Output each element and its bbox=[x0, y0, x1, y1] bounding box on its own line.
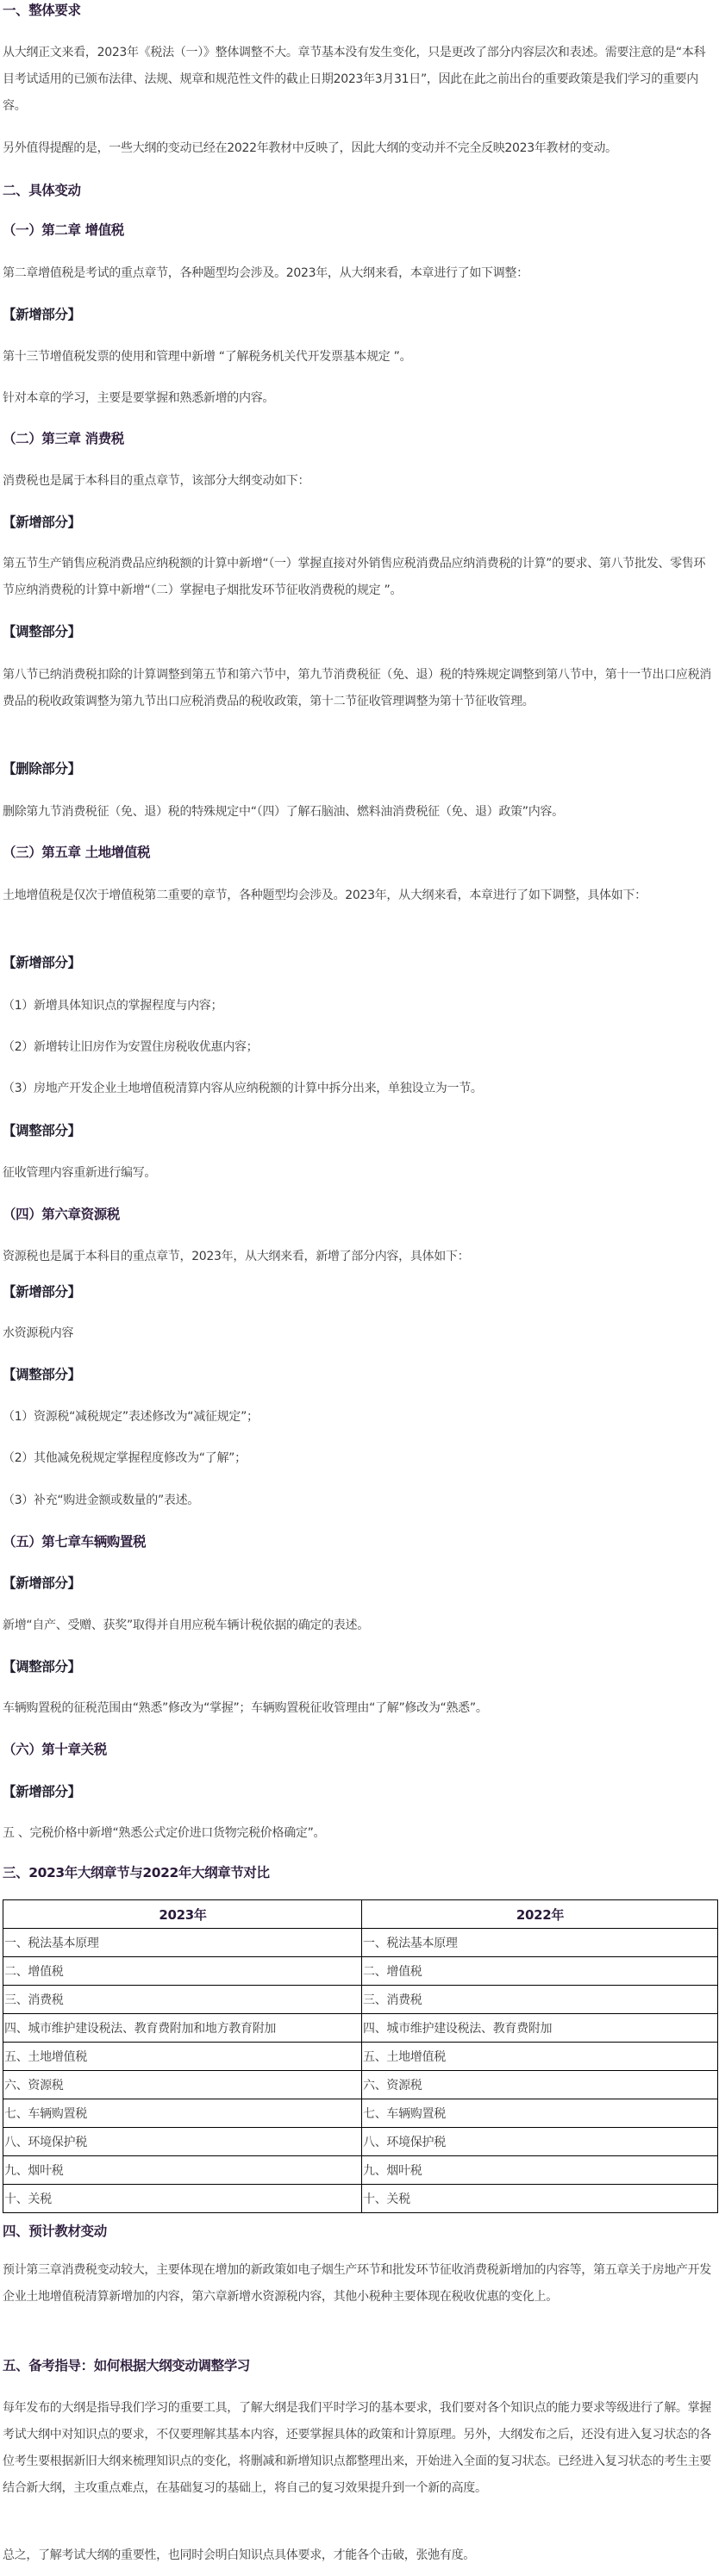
table-header-row: 2023年 2022年 bbox=[3, 1900, 718, 1929]
table-cell: 一、税法基本原理 bbox=[362, 1929, 718, 1957]
table-cell: 十、关税 bbox=[362, 2185, 718, 2213]
table-cell: 二、增值税 bbox=[362, 1957, 718, 1986]
table-cell: 八、环境保护税 bbox=[3, 2128, 362, 2156]
table-cell: 五、土地增值税 bbox=[362, 2043, 718, 2071]
table-row: 六、资源税 六、资源税 bbox=[3, 2071, 718, 2099]
table-cell: 八、环境保护税 bbox=[362, 2128, 718, 2156]
tag-adjusted: 【调整部分】 bbox=[3, 1118, 716, 1145]
table-row: 一、税法基本原理 一、税法基本原理 bbox=[3, 1929, 718, 1957]
chapter-title-resource-tax: （四）第六章资源税 bbox=[3, 1201, 716, 1228]
paragraph-consumption-adjusted: 第八节已纳消费税扣除的计算调整到第五节和第六节中，第九节消费税征（免、退）税的特… bbox=[3, 662, 716, 715]
list-item: （1）资源税“减税规定”表述修改为“减征规定”； bbox=[3, 1404, 716, 1431]
table-cell: 四、城市维护建设税法、教育费附加和地方教育附加 bbox=[3, 2014, 362, 2043]
paragraph-resource-added: 水资源税内容 bbox=[3, 1320, 716, 1347]
table-cell: 三、消费税 bbox=[3, 1986, 362, 2014]
table-row: 二、增值税 二、增值税 bbox=[3, 1957, 718, 1986]
paragraph-vat-note: 针对本章的学习，主要是要掌握和熟悉新增的内容。 bbox=[3, 385, 716, 412]
table-cell: 五、土地增值税 bbox=[3, 2043, 362, 2071]
table-cell: 九、烟叶税 bbox=[362, 2156, 718, 2185]
tag-added: 【新增部分】 bbox=[3, 1279, 716, 1306]
paragraph-study-guidance: 每年发布的大纲是指导我们学习的重要工具，了解大纲是我们平时学习的基本要求，我们要… bbox=[3, 2395, 716, 2502]
tag-added: 【新增部分】 bbox=[3, 1779, 716, 1806]
table-cell: 三、消费税 bbox=[362, 1986, 718, 2014]
table-row: 四、城市维护建设税法、教育费附加和地方教育附加 四、城市维护建设税法、教育费附加 bbox=[3, 2014, 718, 2043]
chapter-title-vat: （一）第二章 增值税 bbox=[3, 217, 716, 244]
table-cell: 七、车辆购置税 bbox=[362, 2099, 718, 2128]
table-cell: 四、城市维护建设税法、教育费附加 bbox=[362, 2014, 718, 2043]
column-header-2022: 2022年 bbox=[362, 1900, 718, 1929]
table-cell: 一、税法基本原理 bbox=[3, 1929, 362, 1957]
paragraph-vat-intro: 第二章增值税是考试的重点章节，各种题型均会涉及。2023年，从大纲来看，本章进行… bbox=[3, 260, 716, 287]
paragraph-customs-added: 五 、完税价格中新增“熟悉公式定价进口货物完税价格确定”。 bbox=[3, 1820, 716, 1847]
list-item: （1）新增具体知识点的掌握程度与内容； bbox=[3, 993, 716, 1020]
section-heading-overall: 一、整体要求 bbox=[3, 0, 716, 24]
paragraph-conclusion: 总之，了解考试大纲的重要性，也同时会明白知识点具体要求，才能各个击破，张弛有度。 bbox=[3, 2542, 716, 2569]
list-item: （2）其他减免税规定掌握程度修改为“了解”； bbox=[3, 1445, 716, 1472]
list-item: （2）新增转让旧房作为安置住房税收优惠内容； bbox=[3, 1034, 716, 1061]
paragraph-vat-added: 第十三节增值税发票的使用和管理中新增 “了解税务机关代开发票基本规定 ”。 bbox=[3, 344, 716, 371]
list-item: （3）房地产开发企业土地增值税清算内容从应纳税额的计算中拆分出来，单独设立为一节… bbox=[3, 1076, 716, 1102]
paragraph-vehicle-adjusted: 车辆购置税的征税范围由“熟悉”修改为“掌握”；车辆购置税征收管理由“了解”修改为… bbox=[3, 1695, 716, 1722]
paragraph-consumption-added: 第五节生产销售应税消费品应纳税额的计算中新增“（一）掌握直接对外销售应税消费品应… bbox=[3, 551, 716, 604]
paragraph-consumption-intro: 消费税也是属于本科目的重点章节，该部分大纲变动如下： bbox=[3, 468, 716, 495]
paragraph-land-vat-intro: 土地增值税是仅次于增值税第二重要的章节，各种题型均会涉及。2023年，从大纲来看… bbox=[3, 883, 716, 909]
chapter-title-customs-duty: （六）第十章关税 bbox=[3, 1737, 716, 1763]
paragraph-vehicle-added: 新增“自产、受赠、获奖”取得并自用应税车辆计税依据的确定的表述。 bbox=[3, 1612, 716, 1639]
paragraph-resource-intro: 资源税也是属于本科目的重点章节，2023年，从大纲来看，新增了部分内容，具体如下… bbox=[3, 1244, 716, 1270]
section-heading-comparison: 三、2023年大纲章节与2022年大纲章节对比 bbox=[3, 1860, 716, 1887]
table-row: 八、环境保护税 八、环境保护税 bbox=[3, 2128, 718, 2156]
chapter-title-land-vat: （三）第五章 土地增值税 bbox=[3, 839, 716, 866]
column-header-2023: 2023年 bbox=[3, 1900, 362, 1929]
table-row: 九、烟叶税 九、烟叶税 bbox=[3, 2156, 718, 2185]
paragraph-overall-intro: 从大纲正文来看，2023年《税法（一）》整体调整不大。章节基本没有发生变化，只是… bbox=[3, 40, 716, 120]
table-row: 三、消费税 三、消费税 bbox=[3, 1986, 718, 2014]
table-cell: 二、增值税 bbox=[3, 1957, 362, 1986]
tag-adjusted: 【调整部分】 bbox=[3, 1654, 716, 1681]
section-heading-study-guidance: 五、备考指导：如何根据大纲变动调整学习 bbox=[3, 2353, 716, 2380]
table-cell: 七、车辆购置税 bbox=[3, 2099, 362, 2128]
paragraph-textbook-changes: 预计第三章消费税变动较大，主要体现在增加的新政策如电子烟生产环节和批发环节征收消… bbox=[3, 2257, 716, 2311]
table-cell: 十、关税 bbox=[3, 2185, 362, 2213]
tag-added: 【新增部分】 bbox=[3, 302, 716, 328]
tag-deleted: 【删除部分】 bbox=[3, 756, 716, 783]
paragraph-land-vat-adjusted: 征收管理内容重新进行编写。 bbox=[3, 1160, 716, 1187]
table-row: 五、土地增值税 五、土地增值税 bbox=[3, 2043, 718, 2071]
paragraph-consumption-deleted: 删除第九节消费税征（免、退）税的特殊规定中“（四）了解石脑油、燃料油消费税征（免… bbox=[3, 799, 716, 826]
tag-adjusted: 【调整部分】 bbox=[3, 619, 716, 646]
table-cell: 六、资源税 bbox=[362, 2071, 718, 2099]
section-heading-changes: 二、具体变动 bbox=[3, 178, 716, 204]
table-row: 十、关税 十、关税 bbox=[3, 2185, 718, 2213]
chapter-title-consumption-tax: （二）第三章 消费税 bbox=[3, 426, 716, 452]
tag-adjusted: 【调整部分】 bbox=[3, 1362, 716, 1388]
chapter-comparison-table: 2023年 2022年 一、税法基本原理 一、税法基本原理 二、增值税 二、增值… bbox=[3, 1899, 718, 2213]
list-item: （3）补充“购进金额或数量的”表述。 bbox=[3, 1488, 716, 1514]
table-cell: 六、资源税 bbox=[3, 2071, 362, 2099]
tag-added: 【新增部分】 bbox=[3, 950, 716, 976]
tag-added: 【新增部分】 bbox=[3, 1570, 716, 1597]
section-heading-textbook-changes: 四、预计教材变动 bbox=[3, 2218, 716, 2245]
table-row: 七、车辆购置税 七、车辆购置税 bbox=[3, 2099, 718, 2128]
chapter-title-vehicle-purchase-tax: （五）第七章车辆购置税 bbox=[3, 1529, 716, 1556]
paragraph-overall-note: 另外值得提醒的是，一些大纲的变动已经在2022年教材中反映了，因此大纲的变动并不… bbox=[3, 135, 716, 162]
tag-added: 【新增部分】 bbox=[3, 509, 716, 536]
table-cell: 九、烟叶税 bbox=[3, 2156, 362, 2185]
